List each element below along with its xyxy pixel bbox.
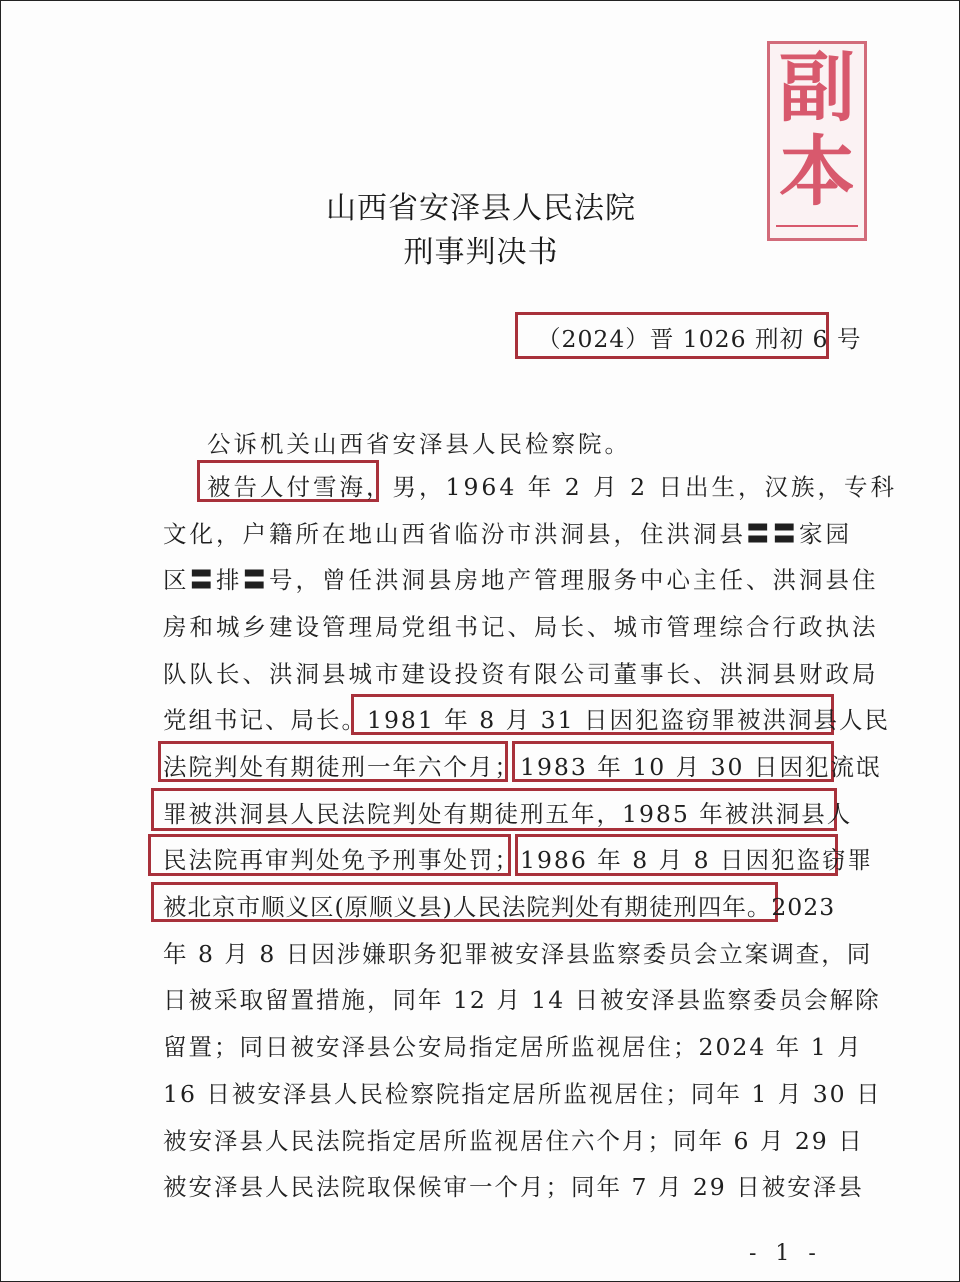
body-line: 留置；同日被安泽县公安局指定居所监视居住；2024 年 1 月 xyxy=(163,1028,863,1062)
body-line: 日被采取留置措施，同年 12 月 14 日被安泽县监察委员会解除 xyxy=(163,981,881,1015)
document-page: 副 本 山西省安泽县人民法院 刑事判决书 （2024）晋 1026 刑初 6 号… xyxy=(0,0,960,1282)
body-line: 被安泽县人民法院指定居所监视居住六个月；同年 6 月 29 日 xyxy=(163,1122,864,1156)
body-line: 罪被洪洞县人民法院判处有期徒刑五年，1985 年被洪洞县人 xyxy=(163,795,852,829)
body-line: 民法院再审判处免予刑事处罚；1986 年 8 月 8 日因犯盗窃罪 xyxy=(163,841,873,875)
body-line: 文化，户籍所在地山西省临汾市洪洞县，住洪洞县〓〓家园 xyxy=(163,515,852,549)
stamp-char-top: 副 xyxy=(779,48,855,128)
body-line: 队队长、洪洞县城市建设投资有限公司董事长、洪洞县财政局 xyxy=(163,655,879,689)
case-number: （2024）晋 1026 刑初 6 号 xyxy=(537,320,861,354)
body-line: 区〓排〓号，曾任洪洞县房地产管理服务中心主任、洪洞县住 xyxy=(163,561,879,595)
document-type-title: 刑事判决书 xyxy=(1,227,960,271)
body-line: 房和城乡建设管理局党组书记、局长、城市管理综合行政执法 xyxy=(163,608,879,642)
body-line: 法院判处有期徒刑一年六个月；1983 年 10 月 30 日因犯流氓 xyxy=(163,748,881,782)
body-line: 16 日被安泽县人民检察院指定居所监视居住；同年 1 月 30 日 xyxy=(163,1075,882,1109)
body-line: 年 8 月 8 日因涉嫌职务犯罪被安泽县监察委员会立案调查，同 xyxy=(163,935,872,969)
body-line: 被安泽县人民法院取保候审一个月；同年 7 月 29 日被安泽县 xyxy=(163,1168,864,1202)
prosecutor-line: 公诉机关山西省安泽县人民检察院。 xyxy=(207,425,631,459)
body-line: 被告人付雪海，男，1964 年 2 月 2 日出生，汉族，专科 xyxy=(207,468,897,502)
page-number: - 1 - xyxy=(749,1241,822,1266)
court-name-title: 山西省安泽县人民法院 xyxy=(1,183,960,227)
body-line: 被北京市顺义区(原顺义县)人民法院判处有期徒刑四年。2023 xyxy=(163,888,835,922)
body-line: 党组书记、局长。1981 年 8 月 31 日因犯盗窃罪被洪洞县人民 xyxy=(163,701,890,735)
